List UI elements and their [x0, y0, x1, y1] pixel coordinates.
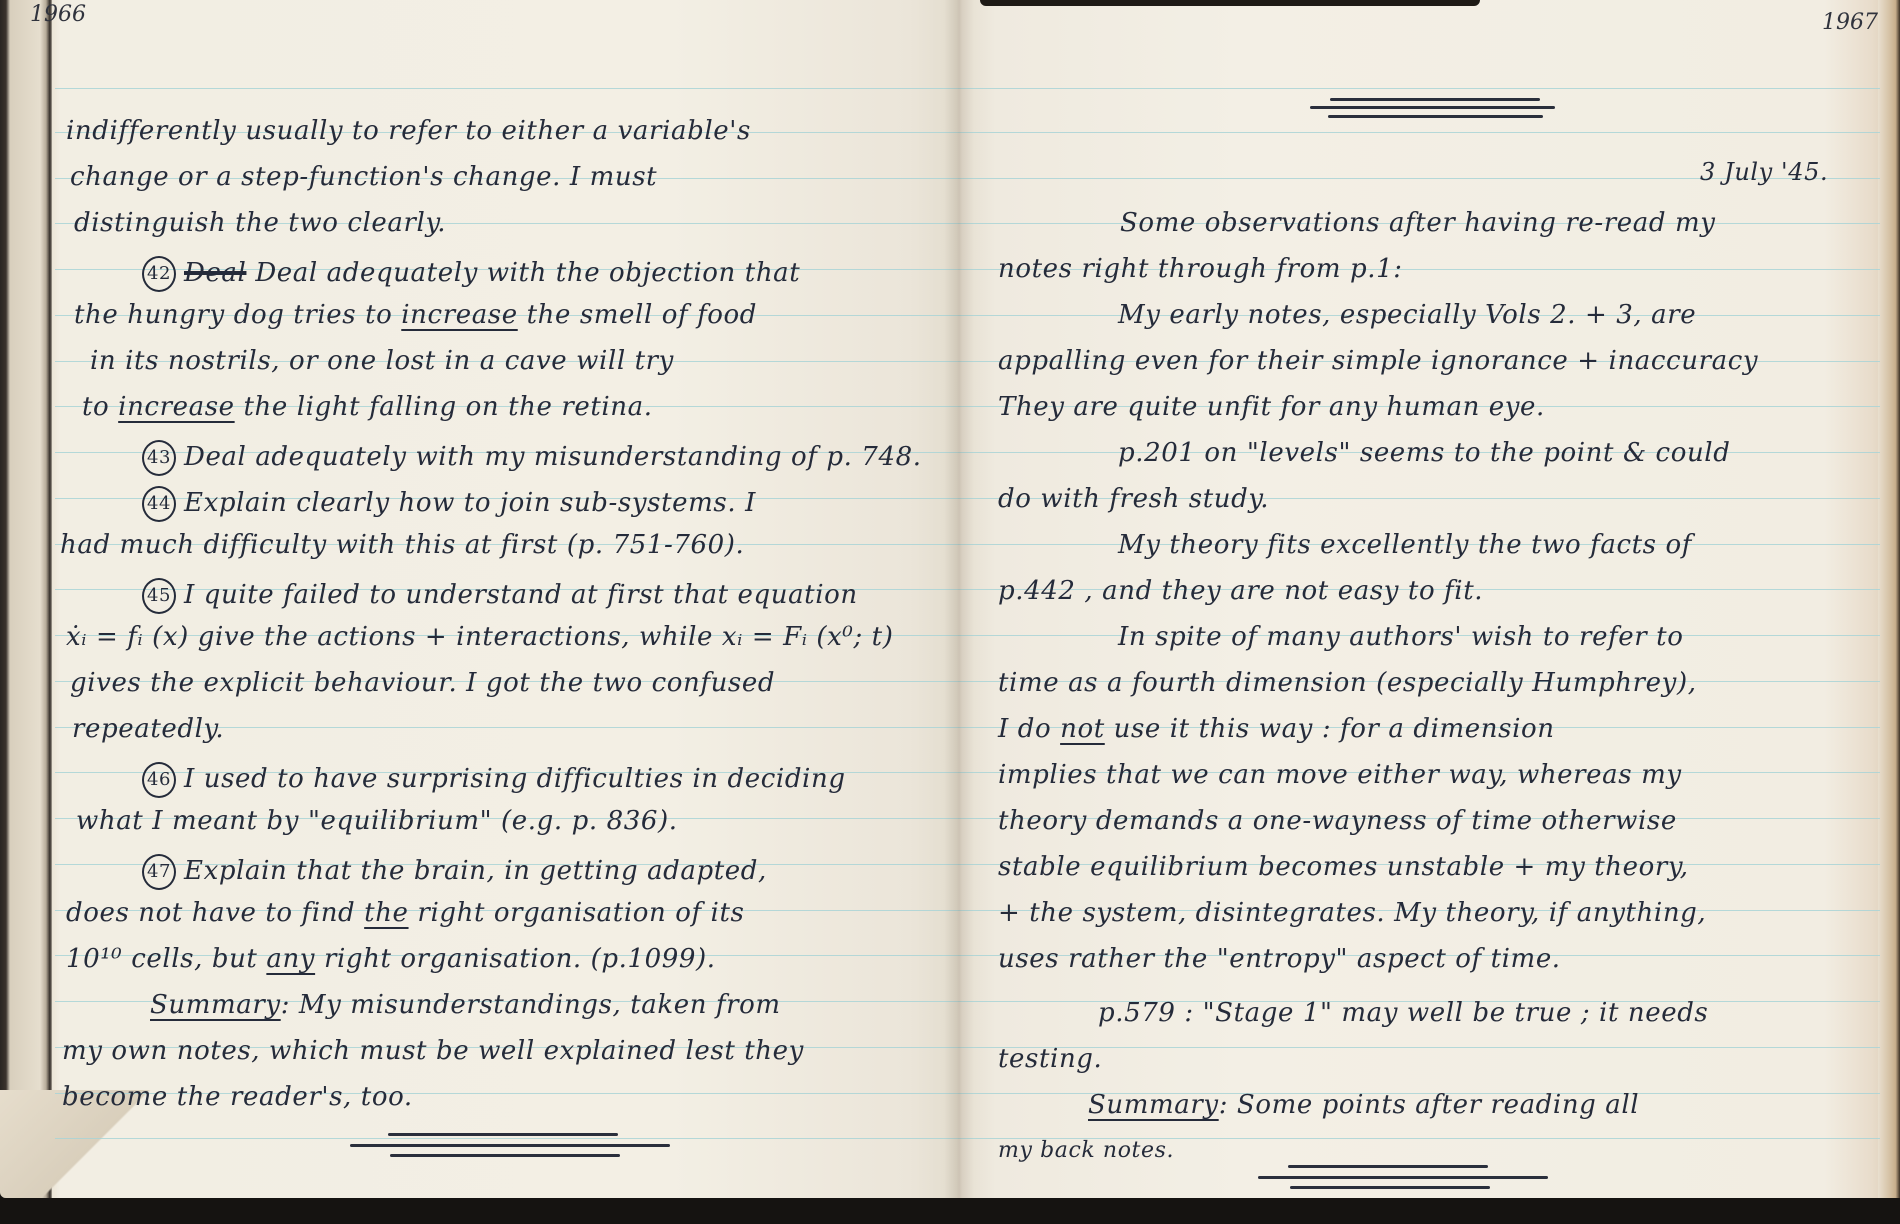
summary-line: Summary: Some points after reading all [1088, 1092, 1639, 1118]
text-line: stable equilibrium becomes unstable + my… [998, 854, 1689, 880]
entry-date: 3 July '45. [1700, 160, 1828, 184]
note-item-43: 43Deal adequately with my misunderstandi… [142, 440, 922, 476]
text-line: indifferently usually to refer to either… [66, 118, 751, 144]
text-line: theory demands a one-wayness of time oth… [998, 808, 1677, 834]
note-item-44: 44Explain clearly how to join sub-system… [142, 486, 756, 522]
text-line: They are quite unfit for any human eye. [998, 394, 1545, 420]
underlined-word: not [1060, 714, 1105, 744]
equation-line: ẋᵢ = fᵢ (x) give the actions + interacti… [66, 624, 893, 650]
page-number: 1966 [30, 2, 86, 27]
text-line: in its nostrils, or one lost in a cave w… [90, 348, 674, 374]
item-number-circle: 45 [142, 578, 176, 614]
underlined-word: increase [401, 300, 517, 330]
text-line: 10¹⁰ cells, but any right organisation. … [66, 946, 716, 972]
notebook-spine [944, 0, 974, 1198]
text-line: change or a step-function's change. I mu… [70, 164, 657, 190]
notebook-spread: 1966 indifferently usually to refer to e… [0, 0, 1900, 1200]
text-line: what I meant by "equilibrium" (e.g. p. 8… [76, 808, 678, 834]
item-number-circle: 42 [142, 256, 176, 292]
text-line: uses rather the "entropy" aspect of time… [998, 946, 1561, 972]
text-line: My theory fits excellently the two facts… [1118, 532, 1692, 558]
text-line: appalling even for their simple ignoranc… [998, 348, 1758, 374]
text-line: implies that we can move either way, whe… [998, 762, 1682, 788]
text-line: repeatedly. [72, 716, 224, 742]
text-line: time as a fourth dimension (especially H… [998, 670, 1697, 696]
item-number-circle: 47 [142, 854, 176, 890]
text-line: p.442 , and they are not easy to fit. [998, 578, 1483, 604]
item-number-circle: 44 [142, 486, 176, 522]
summary-label: Summary [150, 990, 281, 1020]
text-line: had much difficulty with this at first (… [60, 532, 744, 558]
page-edge [1878, 0, 1900, 1198]
item-number-circle: 43 [142, 440, 176, 476]
text-line: My early notes, especially Vols 2. + 3, … [1118, 302, 1696, 328]
right-page: 1967 3 July '45. Some observations after… [958, 0, 1900, 1198]
text-line: In spite of many authors' wish to refer … [1118, 624, 1683, 650]
text-line: Some observations after having re-read m… [1120, 210, 1716, 236]
underlined-word: increase [118, 392, 234, 422]
underlined-word: the [364, 898, 408, 928]
text-line: my back notes. [998, 1140, 1174, 1162]
binding-shadow [980, 0, 1480, 6]
text-line: notes right through from p.1: [998, 256, 1403, 282]
text-line: to increase the light falling on the ret… [82, 394, 653, 420]
notebook-binding [0, 0, 52, 1198]
text-line: the hungry dog tries to increase the sme… [74, 302, 757, 328]
summary-label: Summary [1088, 1090, 1219, 1120]
underlined-word: any [266, 944, 315, 974]
text-line: I do not use it this way : for a dimensi… [998, 716, 1555, 742]
note-item-42: 42Deal Deal adequately with the objectio… [142, 256, 800, 292]
page-number: 1967 [1822, 10, 1878, 35]
note-item-45: 45I quite failed to understand at first … [142, 578, 858, 614]
text-line: distinguish the two clearly. [74, 210, 446, 236]
item-number-circle: 46 [142, 762, 176, 798]
struck-word: Deal [184, 258, 246, 288]
text-line: + the system, disintegrates. My theory, … [998, 900, 1706, 926]
text-line: p.579 : "Stage 1" may well be true ; it … [1098, 1000, 1708, 1026]
text-line: does not have to find the right organisa… [66, 900, 744, 926]
text-line: testing. [998, 1046, 1102, 1072]
text-line: become the reader's, too. [62, 1084, 413, 1110]
text-line: do with fresh study. [998, 486, 1269, 512]
text-line: gives the explicit behaviour. I got the … [70, 670, 775, 696]
note-item-46: 46I used to have surprising difficulties… [142, 762, 846, 798]
text-line: my own notes, which must be well explain… [62, 1038, 804, 1064]
note-item-47: 47Explain that the brain, in getting ada… [142, 854, 767, 890]
text-line: p.201 on "levels" seems to the point & c… [1118, 440, 1730, 466]
summary-line: Summary: My misunderstandings, taken fro… [150, 992, 781, 1018]
left-page: 1966 indifferently usually to refer to e… [0, 0, 958, 1198]
